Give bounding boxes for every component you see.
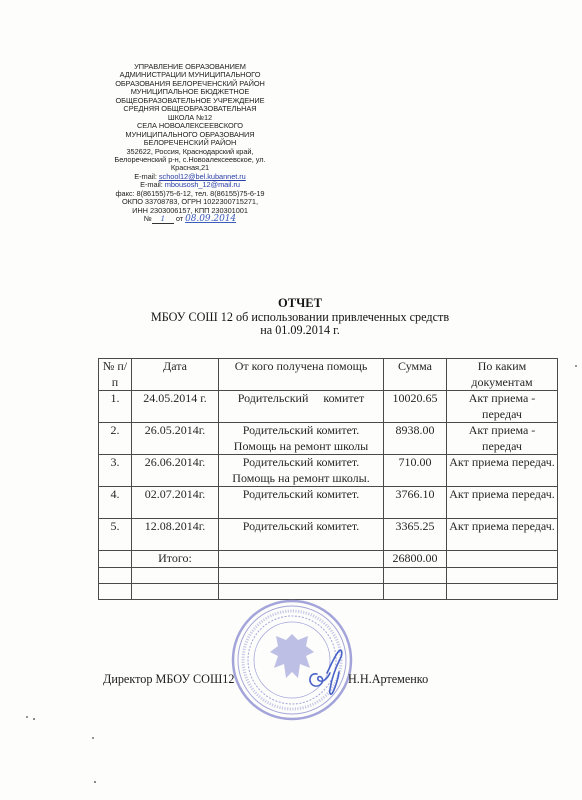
cell-num: 1. xyxy=(99,391,132,423)
table-total-row: Итого: 26800.00 xyxy=(99,551,558,568)
table-empty-row xyxy=(99,583,558,599)
header-num: № п/п xyxy=(99,359,132,391)
document-number-line: №1 от 08.09.2014 xyxy=(84,215,296,224)
cell-empty xyxy=(219,551,384,568)
scan-speck xyxy=(33,718,35,720)
email-label: E-mail: xyxy=(140,180,165,189)
scan-speck xyxy=(92,737,94,739)
cell-sum: 3365.25 xyxy=(384,519,447,551)
cell-docs: Акт приема передач. xyxy=(447,455,558,487)
cell-date: 26.06.2014г. xyxy=(132,455,219,487)
cell-from: Родительский комитет. xyxy=(219,519,384,551)
report-subtitle: МБОУ СОШ 12 об использовании привлеченны… xyxy=(140,311,460,325)
cell-num: 5. xyxy=(99,519,132,551)
date-label: от xyxy=(176,214,183,223)
cell-empty xyxy=(447,551,558,568)
table-row: 1. 24.05.2014 г. Родительский комитет 10… xyxy=(99,391,558,423)
cell-sum: 10020.65 xyxy=(384,391,447,423)
header-docs: По каким документам xyxy=(447,359,558,391)
cell-date: 02.07.2014г. xyxy=(132,487,219,519)
report-date: на 01.09.2014 г. xyxy=(140,324,460,338)
signature-block: Директор МБОУ СОШ12 Н.Н.Артеменко xyxy=(103,672,463,688)
report-heading: ОТЧЕТ xyxy=(140,297,460,311)
cell-docs: Акт приема передач. xyxy=(447,519,558,551)
cell-num: 2. xyxy=(99,423,132,455)
cell-sum: 710.00 xyxy=(384,455,447,487)
report-title: ОТЧЕТ МБОУ СОШ 12 об использовании привл… xyxy=(140,297,460,338)
header-from: От кого получена помощь xyxy=(219,359,384,391)
header-sum: Сумма xyxy=(384,359,447,391)
cell-sum: 8938.00 xyxy=(384,423,447,455)
scan-speck xyxy=(575,365,577,367)
cell-date: 12.08.2014г. xyxy=(132,519,219,551)
cell-date: 26.05.2014г. xyxy=(132,423,219,455)
number-label: № xyxy=(144,214,152,223)
cell-docs: Акт приема - передач xyxy=(447,423,558,455)
cell-from: Родительский комитет. xyxy=(219,487,384,519)
total-sum: 26800.00 xyxy=(384,551,447,568)
cell-date: 24.05.2014 г. xyxy=(132,391,219,423)
cell-from: Родительский комитет. Помощь на ремонт ш… xyxy=(219,423,384,455)
signatory-name: Н.Н.Артеменко xyxy=(348,672,428,687)
date-value: 08.09.2014 xyxy=(185,214,236,224)
cell-num: 4. xyxy=(99,487,132,519)
scan-speck xyxy=(94,781,96,783)
cell-empty xyxy=(99,551,132,568)
table-header-row: № п/п Дата От кого получена помощь Сумма… xyxy=(99,359,558,391)
table-empty-row xyxy=(99,567,558,583)
cell-docs: Акт приема - передач xyxy=(447,391,558,423)
signatory-role: Директор МБОУ СОШ12 xyxy=(103,672,234,687)
funds-table: № п/п Дата От кого получена помощь Сумма… xyxy=(98,358,558,600)
cell-sum: 3766.10 xyxy=(384,487,447,519)
table-row: 3. 26.06.2014г. Родительский комитет. По… xyxy=(99,455,558,487)
cell-num: 3. xyxy=(99,455,132,487)
letterhead: УПРАВЛЕНИЕ ОБРАЗОВАНИЕМ АДМИНИСТРАЦИИ МУ… xyxy=(84,63,296,224)
email-link-mail[interactable]: mbousosh_12@mail.ru xyxy=(165,180,240,189)
cell-from: Родительский комитет. Помощь на ремонт ш… xyxy=(219,455,384,487)
table-row: 5. 12.08.2014г. Родительский комитет. 33… xyxy=(99,519,558,551)
table-row: 2. 26.05.2014г. Родительский комитет. По… xyxy=(99,423,558,455)
number-value: 1 xyxy=(152,215,174,224)
cell-from: Родительский комитет xyxy=(219,391,384,423)
total-label: Итого: xyxy=(132,551,219,568)
scan-speck xyxy=(26,716,28,718)
header-date: Дата xyxy=(132,359,219,391)
cell-docs: Акт приема передач. xyxy=(447,487,558,519)
table-row: 4. 02.07.2014г. Родительский комитет. 37… xyxy=(99,487,558,519)
